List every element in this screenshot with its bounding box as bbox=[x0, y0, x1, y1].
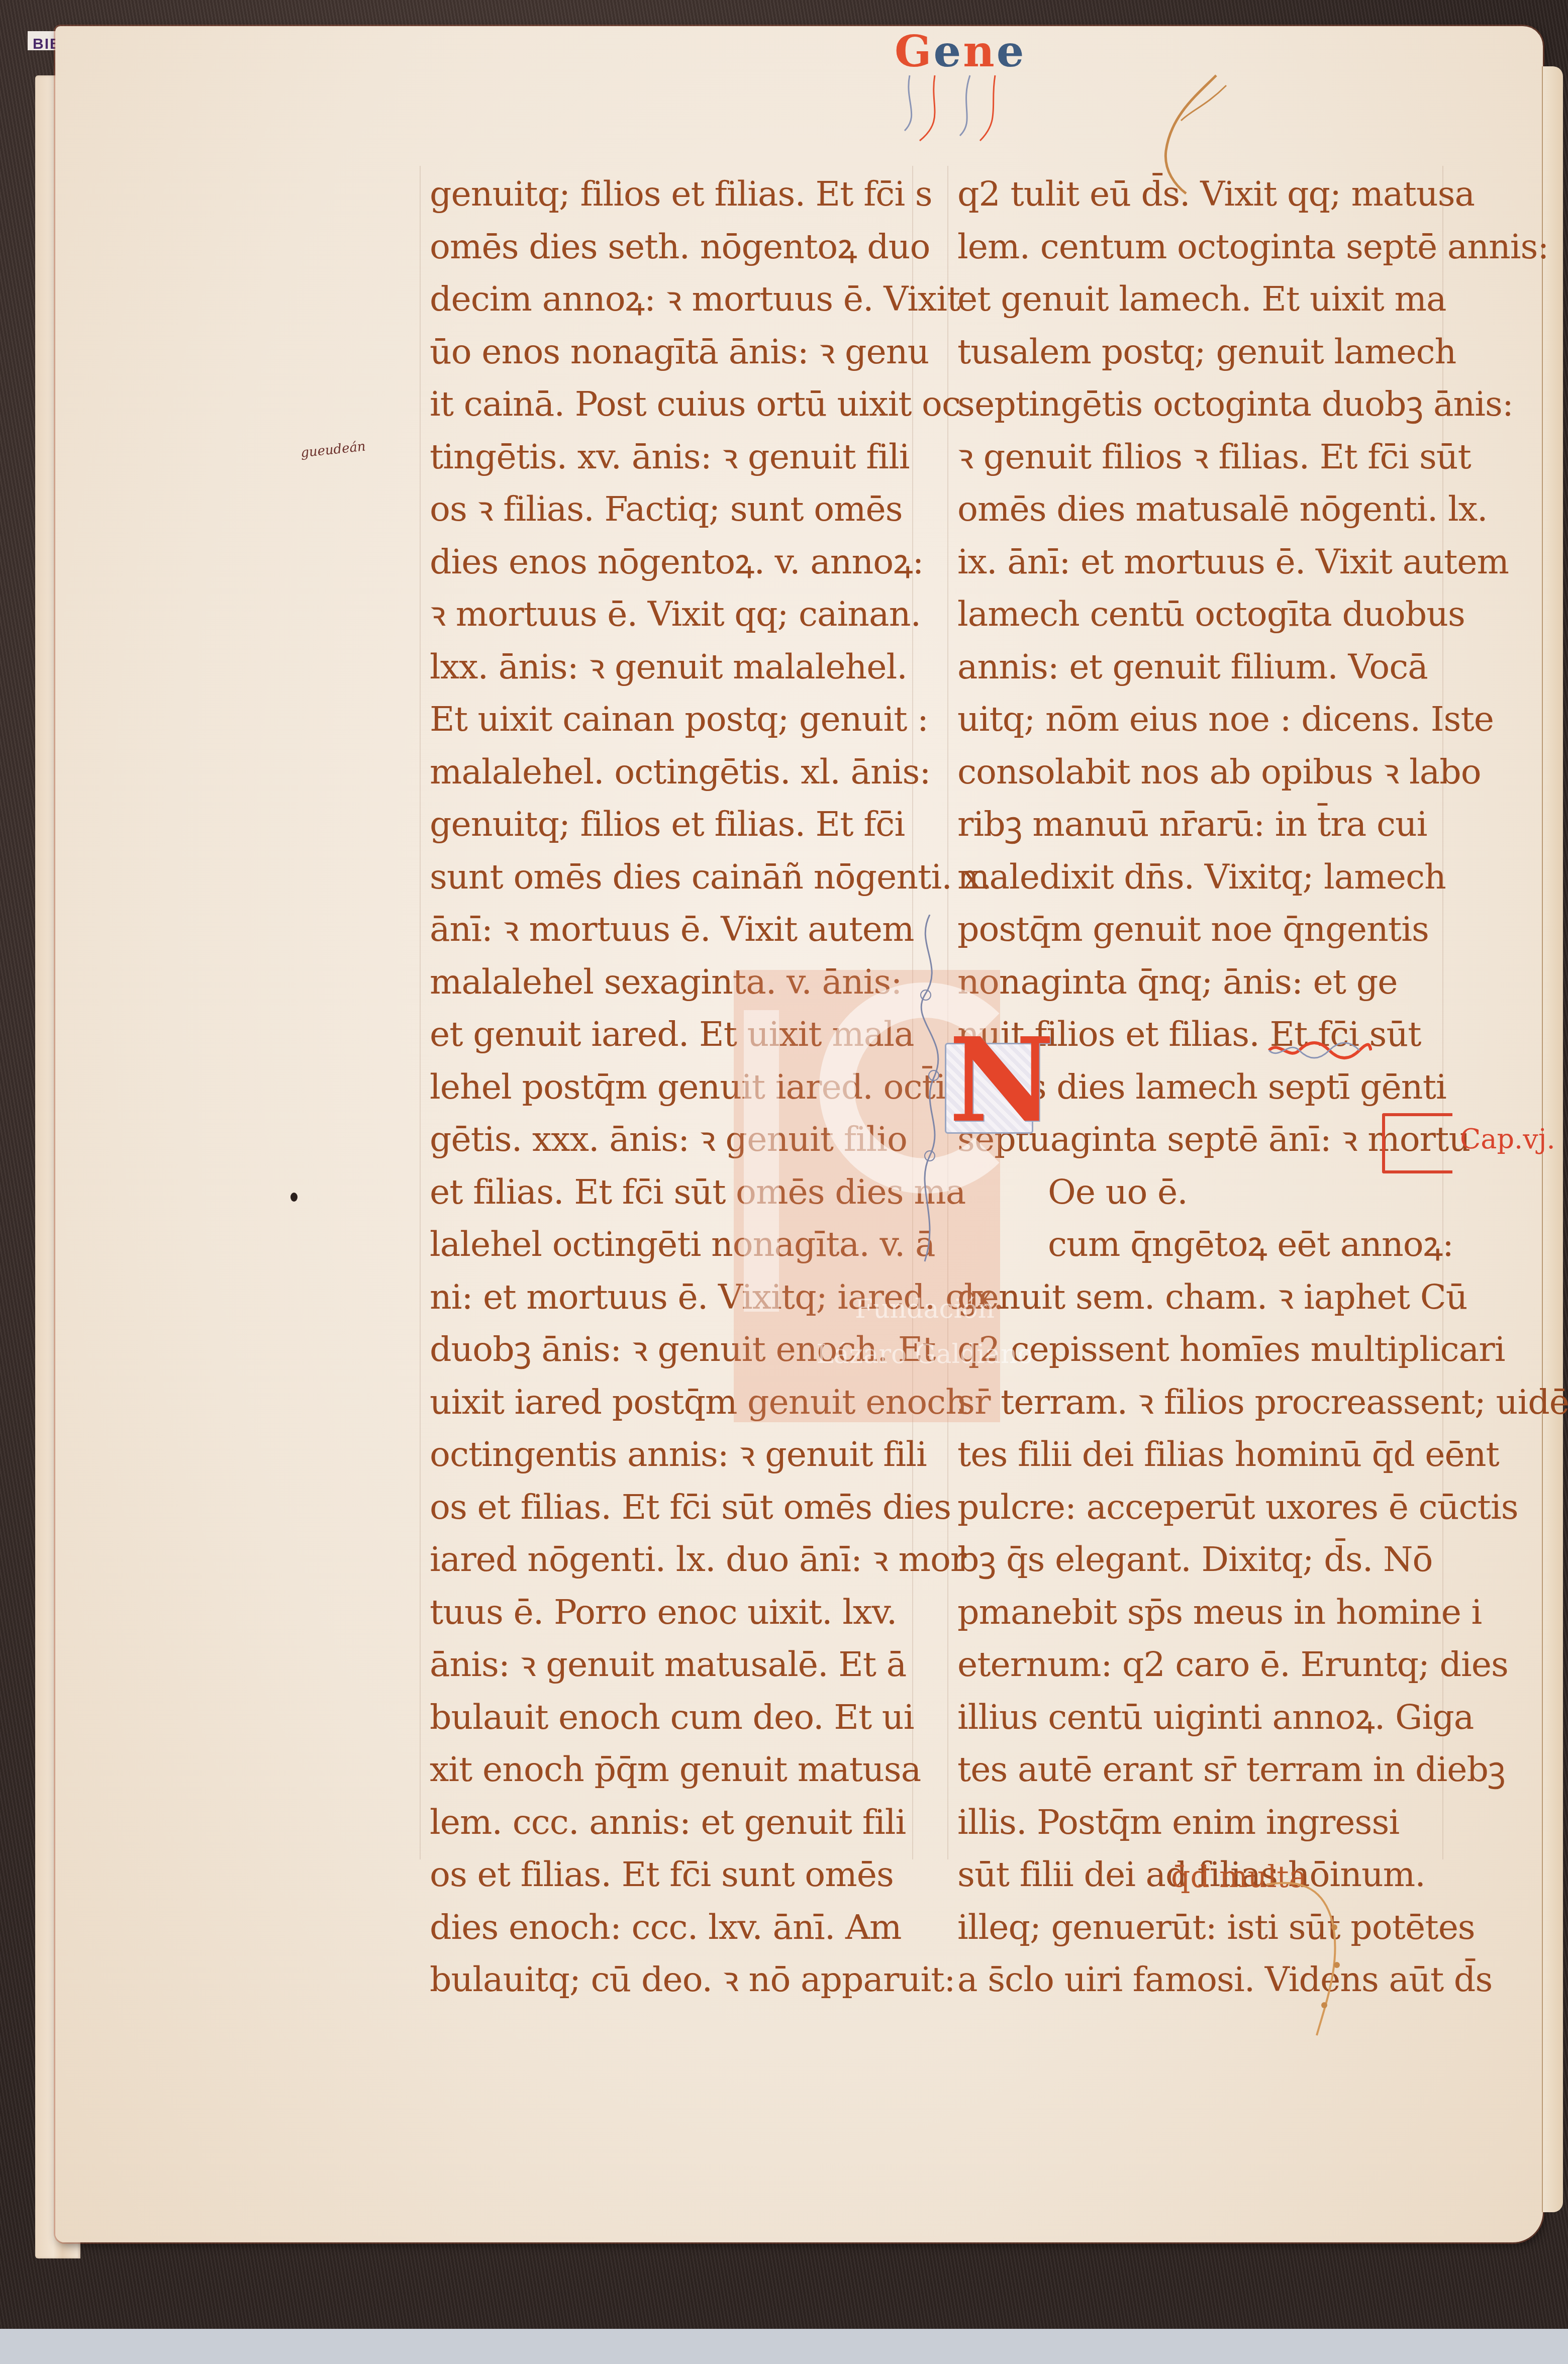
text-line: tes filii dei filias hominū q̄d eēnt bbox=[957, 1429, 1460, 1482]
text-line: tusalem postq; genuit lamech bbox=[957, 326, 1460, 379]
text-line: eternum: q2 caro ē. Eruntq; dies bbox=[957, 1639, 1460, 1692]
chapter-label: Cap.vj. bbox=[1460, 1123, 1555, 1155]
title-letter: G bbox=[895, 26, 933, 77]
text-line: Oe uo ē. bbox=[957, 1166, 1460, 1219]
text-line: dies enos nōgentoꝝ. v. annoꝝ: bbox=[430, 536, 917, 589]
text-line: et genuit lamech. Et uixit ma bbox=[957, 273, 1460, 326]
text-line: decim annoꝝ: ꝛ mortuus ē. Vixit bbox=[430, 273, 917, 326]
text-line: lamech centū octogīta duobus bbox=[957, 588, 1460, 641]
text-line: sunt omēs dies caināñ nōgenti. x. bbox=[430, 851, 917, 904]
title-letter: e bbox=[933, 26, 963, 77]
text-line: pmanebit sp̄s meus in homine i bbox=[957, 1587, 1460, 1639]
text-line: tingētis. xv. ānis: ꝛ genuit fili bbox=[430, 431, 917, 484]
decorated-initial: N bbox=[935, 1033, 1035, 1133]
text-line: tes autē erant sr̄ terram in diebꝫ bbox=[957, 1744, 1460, 1797]
text-line: lxx. ānis: ꝛ genuit malalehel. bbox=[430, 641, 917, 694]
text-line: sr̄ terram. ꝛ filios procreassent; uidē bbox=[957, 1376, 1460, 1429]
text-line: genuitq; filios et filias. Et fc̄i s bbox=[430, 168, 917, 221]
text-line: ix. ānī: et mortuus ē. Vixit autem bbox=[957, 536, 1460, 589]
text-line: septingētis octoginta duobꝫ ānis: bbox=[957, 378, 1460, 431]
ruling-line bbox=[420, 166, 421, 1859]
watermark-text: Fundación Lázaro Galdiano bbox=[784, 1287, 1065, 1377]
text-line: dies enoch: ccc. lxv. ānī. Am bbox=[430, 1902, 917, 1954]
text-line: xit enoch p̄q̄m genuit matusa bbox=[430, 1744, 917, 1797]
text-line: annis: et genuit filium. Vocā bbox=[957, 641, 1460, 694]
text-line: malalehel. octingētis. xl. ānis: bbox=[430, 746, 917, 799]
initial-letter: N bbox=[949, 1023, 1054, 1138]
watermark-line: Fundación bbox=[784, 1287, 1065, 1332]
text-line: a s̄clo uiri famosi. Videns aūt d̄s bbox=[957, 1954, 1460, 2007]
text-line: Et uixit cainan postq; genuit : bbox=[430, 694, 917, 746]
text-line: consolabit nos ab opibus ꝛ labo bbox=[957, 746, 1460, 799]
background-strip bbox=[0, 2329, 1568, 2364]
text-line: tuus ē. Porro enoc uixit. lxv. bbox=[430, 1587, 917, 1639]
text-line: os et filias. Et fc̄i sūt omēs dies bbox=[430, 1482, 917, 1534]
text-line: cum q̄ngētoꝝ eēt annoꝝ: bbox=[957, 1219, 1460, 1271]
text-line: bulauit enoch cum deo. Et ui bbox=[430, 1692, 917, 1744]
text-line: uitq; nōm eius noe : dicens. Iste bbox=[957, 694, 1460, 746]
text-line: ribꝫ manuū nr̄arū: in t̄ra cui bbox=[957, 799, 1460, 851]
text-line: lem. centum octoginta septē annis: bbox=[957, 221, 1460, 274]
running-title: Gene bbox=[895, 26, 1026, 77]
text-line: bulauitq; cū deo. ꝛ nō apparuit: bbox=[430, 1954, 917, 2007]
title-letter: e bbox=[997, 26, 1026, 77]
title-penwork-icon bbox=[900, 70, 1050, 146]
text-line: ānis: ꝛ genuit matusalē. Et ā bbox=[430, 1639, 917, 1692]
text-line: bꝫ q̄s elegant. Dixitq; d̄s. Nō bbox=[957, 1534, 1460, 1587]
text-line: os et filias. Et fc̄i sunt omēs bbox=[430, 1849, 917, 1902]
text-line: pulcre: acceperūt uxores ē cūctis bbox=[957, 1482, 1460, 1534]
text-line: ꝛ mortuus ē. Vixit qq; cainan. bbox=[430, 588, 917, 641]
text-line: nonaginta q̄nq; ānis: et ge bbox=[957, 956, 1460, 1009]
text-line: iared nōgenti. lx. duo ānī: ꝛ mor bbox=[430, 1534, 917, 1587]
ink-spot bbox=[290, 1193, 298, 1202]
text-line: omēs dies seth. nōgentoꝝ duo bbox=[430, 221, 917, 274]
text-line: octingentis annis: ꝛ genuit fili bbox=[430, 1429, 917, 1482]
text-line: genuitq; filios et filias. Et fc̄i bbox=[430, 799, 917, 851]
text-line: illeq; genuerūt: isti sūt potētes bbox=[957, 1902, 1460, 1954]
line-filler-ornament-icon bbox=[1266, 1040, 1372, 1060]
text-line: illis. Postq̄m enim ingressi bbox=[957, 1797, 1460, 1849]
text-line: illius centū uiginti annoꝝ. Giga bbox=[957, 1692, 1460, 1744]
title-letter: n bbox=[963, 26, 997, 77]
catchword-flourish-icon bbox=[1266, 1880, 1367, 2040]
text-line: postq̄m genuit noe q̄ngentis bbox=[957, 904, 1460, 956]
text-line: omēs dies matusalē nōgenti. lx. bbox=[957, 483, 1460, 536]
text-line: ūo enos nonagītā ānis: ꝛ genu bbox=[430, 326, 917, 379]
watermark-line: Lázaro Galdiano bbox=[784, 1332, 1065, 1377]
text-line: maledixit dn̄s. Vixitq; lamech bbox=[957, 851, 1460, 904]
text-line: q2 tulit eū d̄s. Vixit qq; matusa bbox=[957, 168, 1460, 221]
chapter-bracket bbox=[1382, 1113, 1445, 1173]
text-line: ꝛ genuit filios ꝛ filias. Et fc̄i sūt bbox=[957, 431, 1460, 484]
watermark-monogram-l bbox=[744, 1010, 779, 1312]
text-line: ānī: ꝛ mortuus ē. Vixit autem bbox=[430, 904, 917, 956]
text-line: os ꝛ filias. Factiq; sunt omēs bbox=[430, 483, 917, 536]
text-line: it cainā. Post cuius ortū uixit oc bbox=[430, 378, 917, 431]
text-line: lem. ccc. annis: et genuit fili bbox=[430, 1797, 917, 1849]
